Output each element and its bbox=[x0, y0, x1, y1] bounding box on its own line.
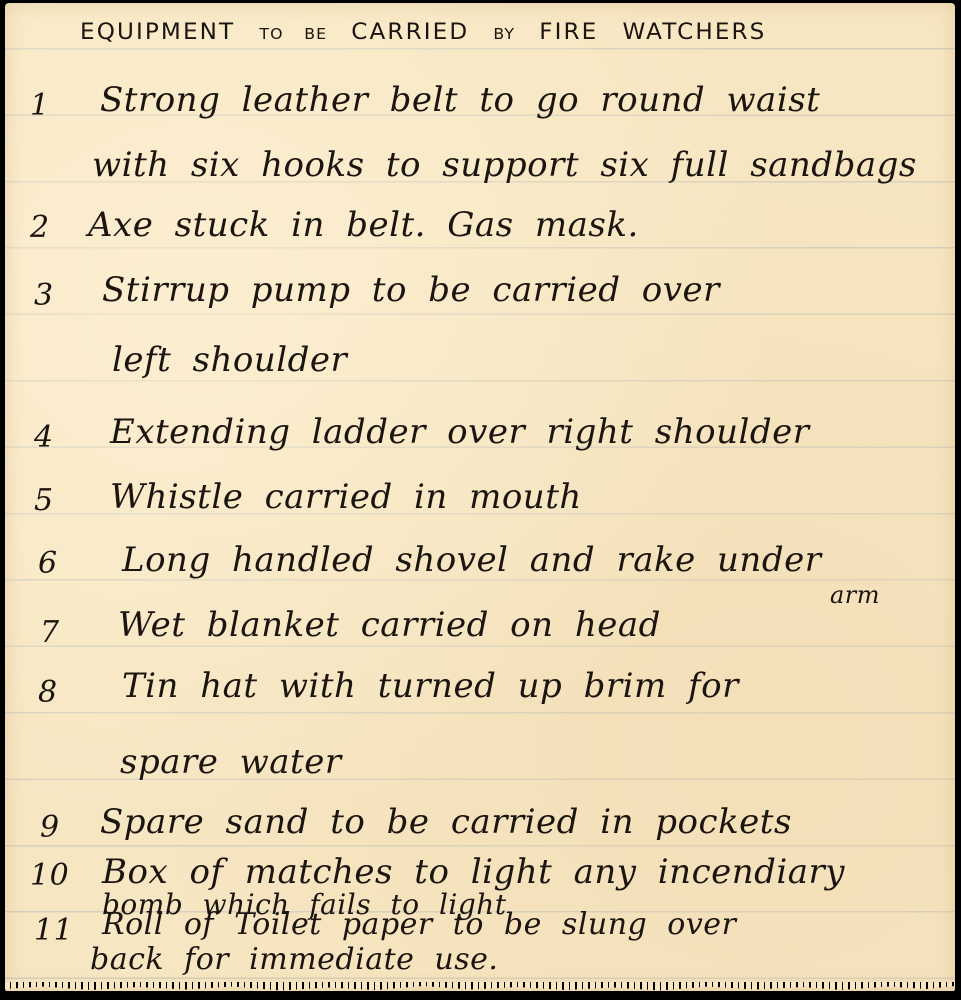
item-number: 10 bbox=[30, 858, 69, 893]
list-item-line: Roll of Toilet paper to be slung over bbox=[102, 907, 736, 942]
list-item-line: spare water bbox=[120, 742, 342, 782]
list-item-line: Wet blanket carried on head bbox=[118, 605, 661, 645]
list-item-line: Extending ladder over right shoulder bbox=[110, 412, 809, 452]
document-title: EQUIPMENT TO BE CARRIED BY FIRE WATCHERS bbox=[80, 20, 766, 45]
list-item-line: Box of matches to light any incendiary bbox=[102, 852, 845, 892]
item-number: 5 bbox=[34, 483, 54, 518]
list-item-line: Tin hat with turned up brim for bbox=[122, 666, 739, 706]
title-to-be: TO BE bbox=[259, 25, 327, 43]
item-number: 2 bbox=[30, 210, 50, 245]
item-number: 8 bbox=[38, 675, 58, 710]
list-item-line: Strong leather belt to go round waist bbox=[100, 80, 820, 120]
item-number: 7 bbox=[40, 615, 60, 650]
item-number: 1 bbox=[30, 88, 50, 123]
list-item-line: left shoulder bbox=[112, 340, 347, 380]
list-item-line: Whistle carried in mouth bbox=[110, 477, 582, 517]
item-number: 11 bbox=[34, 913, 73, 948]
list-item-line: with six hooks to support six full sandb… bbox=[92, 145, 917, 185]
inserted-word-arm: arm bbox=[830, 581, 880, 609]
title-carried: CARRIED bbox=[351, 20, 469, 45]
list-item-line: back for immediate use. bbox=[90, 942, 498, 977]
list-item-line: Long handled shovel and rake under bbox=[122, 540, 821, 580]
title-by: BY bbox=[493, 25, 515, 43]
list-item-line: Spare sand to be carried in pockets bbox=[100, 802, 792, 842]
title-fire-watchers: FIRE WATCHERS bbox=[539, 20, 766, 45]
item-number: 3 bbox=[34, 278, 54, 313]
item-number: 9 bbox=[40, 810, 60, 845]
item-number: 4 bbox=[34, 420, 54, 455]
item-number: 6 bbox=[38, 546, 58, 581]
list-item-line: Stirrup pump to be carried over bbox=[102, 270, 720, 310]
list-item-line: Axe stuck in belt. Gas mask. bbox=[88, 205, 639, 245]
title-equipment: EQUIPMENT bbox=[80, 20, 235, 45]
